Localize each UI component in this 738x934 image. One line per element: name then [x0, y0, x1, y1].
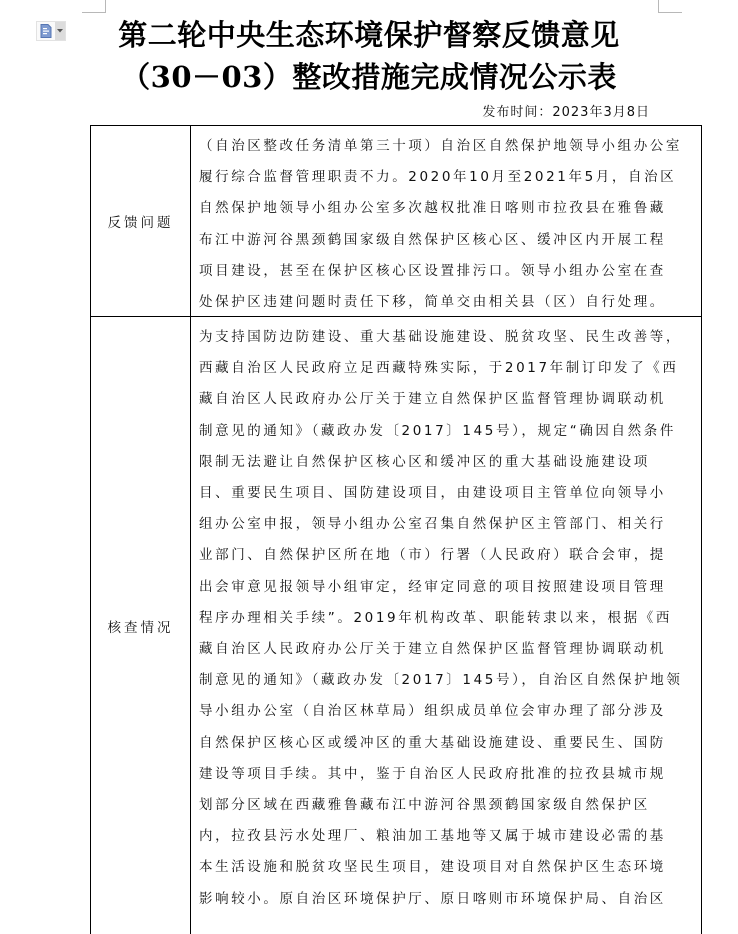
- row-label-feedback: 反馈问题: [91, 126, 191, 316]
- row-content-check: 为支持国防边防建设、重大基础设施建设、脱贫攻坚、民生改善等， 西藏自治区人民政府…: [191, 317, 701, 934]
- text-line: 自然保护地领导小组办公室多次越权批准日喀则市拉孜县在雅鲁藏: [199, 193, 693, 224]
- page-corner-mark-left: [82, 0, 106, 13]
- page-corner-mark-right: [658, 0, 682, 13]
- text-line: 藏自治区人民政府办公厅关于建立自然保护区监督管理协调联动机: [199, 634, 693, 665]
- text-line: 内，拉孜县污水处理厂、粮油加工基地等又属于城市建设必需的基: [199, 821, 693, 852]
- text-line: 导小组办公室（自治区林草局）组织成员单位会审办理了部分涉及: [199, 696, 693, 727]
- text-line: 出会审意见报领导小组审定，经审定同意的项目按照建设项目管理: [199, 572, 693, 603]
- text-line: 自然保护区核心区或缓冲区的重大基础设施建设、重要民生、国防: [199, 728, 693, 759]
- text-line: 处保护区违建问题时责任下移，简单交由相关县（区）自行处理。: [199, 287, 693, 318]
- text-line: 划部分区域在西藏雅鲁藏布江中游河谷黑颈鹤国家级自然保护区: [199, 790, 693, 821]
- text-line: 履行综合监督管理职责不力。2020年10月至2021年5月，自治区: [199, 162, 693, 193]
- text-line: 项目建设，甚至在保护区核心区设置排污口。领导小组办公室在查: [199, 256, 693, 287]
- text-line: 限制无法避让自然保护区核心区和缓冲区的重大基础设施建设项: [199, 447, 693, 478]
- title-line-1: 第二轮中央生态环境保护督察反馈意见: [0, 14, 738, 56]
- publish-date: 发布时间：2023年3月8日: [482, 101, 650, 120]
- text-line: 影响较小。原自治区环境保护厅、原日喀则市环境保护局、自治区: [199, 884, 693, 915]
- text-line: 建设等项目手续。其中，鉴于自治区人民政府批准的拉孜县城市规: [199, 759, 693, 790]
- table-row-feedback: 反馈问题 （自治区整改任务清单第三十项）自治区自然保护地领导小组办公室 履行综合…: [91, 126, 701, 317]
- text-line: 为支持国防边防建设、重大基础设施建设、脱贫攻坚、民生改善等，: [199, 322, 693, 353]
- text-line: 目、重要民生项目、国防建设项目，由建设项目主管单位向领导小: [199, 478, 693, 509]
- text-line: 业部门、自然保护区所在地（市）行署（人民政府）联合会审，提: [199, 540, 693, 571]
- text-line: 制意见的通知》（藏政办发〔2017〕145号），规定“确因自然条件: [199, 416, 693, 447]
- title-line-2: （30－03）整改措施完成情况公示表: [0, 56, 738, 98]
- table-row-check: 核查情况 为支持国防边防建设、重大基础设施建设、脱贫攻坚、民生改善等， 西藏自治…: [91, 317, 701, 934]
- document-title: 第二轮中央生态环境保护督察反馈意见 （30－03）整改措施完成情况公示表: [0, 14, 738, 98]
- text-line: （自治区整改任务清单第三十项）自治区自然保护地领导小组办公室: [199, 131, 693, 162]
- text-line: 西藏自治区人民政府立足西藏特殊实际，于2017年制订印发了《西: [199, 353, 693, 384]
- text-line: 程序办理相关手续”。2019年机构改革、职能转隶以来，根据《西: [199, 603, 693, 634]
- text-line: 本生活设施和脱贫攻坚民生项目，建设项目对自然保护区生态环境: [199, 852, 693, 883]
- text-line: 组办公室申报，领导小组办公室召集自然保护区主管部门、相关行: [199, 509, 693, 540]
- row-label-check: 核查情况: [91, 317, 191, 934]
- text-line: 藏自治区人民政府办公厅关于建立自然保护区监督管理协调联动机: [199, 384, 693, 415]
- row-content-feedback: （自治区整改任务清单第三十项）自治区自然保护地领导小组办公室 履行综合监督管理职…: [191, 126, 701, 316]
- text-line: 制意见的通知》（藏政办发〔2017〕145号），自治区自然保护地领: [199, 665, 693, 696]
- rectification-table: 反馈问题 （自治区整改任务清单第三十项）自治区自然保护地领导小组办公室 履行综合…: [90, 125, 702, 934]
- text-line: 布江中游河谷黑颈鹤国家级自然保护区核心区、缓冲区内开展工程: [199, 225, 693, 256]
